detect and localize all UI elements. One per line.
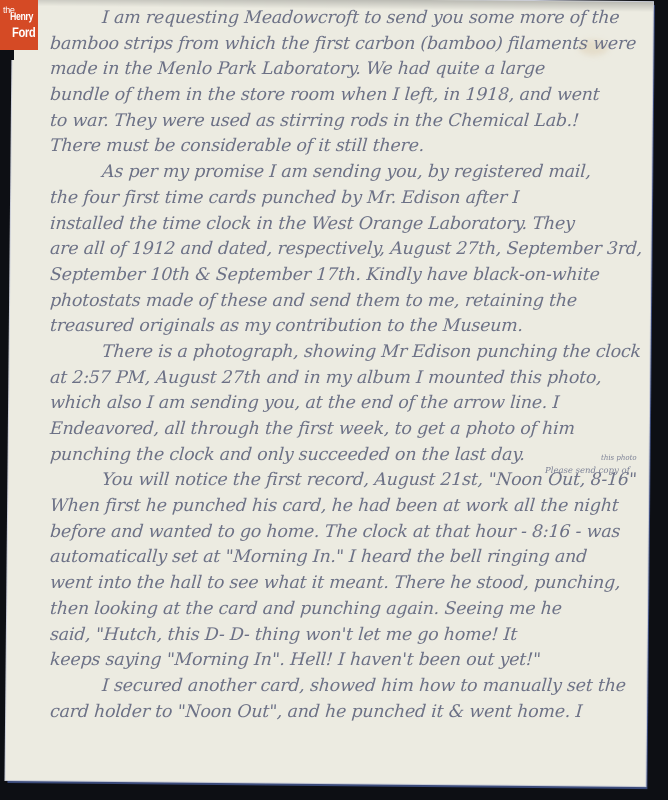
logo-text-ford: Ford bbox=[12, 25, 35, 39]
handwritten-letter-body: I am requesting Meadowcroft to send you … bbox=[50, 6, 610, 725]
letter-line: the four first time cards punched by Mr.… bbox=[49, 186, 611, 212]
letter-line: bundle of them in the store room when I … bbox=[49, 83, 611, 109]
letter-line: before and wanted to go home. The clock … bbox=[49, 520, 611, 546]
henry-ford-logo: the Henry Ford bbox=[0, 0, 38, 50]
letter-line: treasured originals as my contribution t… bbox=[49, 314, 611, 340]
letter-line: then looking at the card and punching ag… bbox=[49, 597, 611, 623]
letter-line: installed the time clock in the West Ora… bbox=[49, 212, 611, 238]
logo-shadow bbox=[0, 50, 14, 60]
letter-line: card holder to "Noon Out", and he punche… bbox=[49, 700, 611, 726]
letter-line: You will notice the first record, August… bbox=[49, 468, 611, 494]
letter-line: keeps saying "Morning In". Hell! I haven… bbox=[49, 648, 611, 674]
letter-line: to war. They were used as stirring rods … bbox=[49, 109, 611, 135]
letter-line: went into the hall to see what it meant.… bbox=[49, 571, 611, 597]
letter-line: I secured another card, showed him how t… bbox=[49, 674, 611, 700]
margin-annotation-text: Please send copy of bbox=[545, 466, 630, 476]
letter-line: punching the clock and only succeeded on… bbox=[49, 443, 611, 469]
letter-line: which also I am sending you, at the end … bbox=[49, 391, 611, 417]
letter-line: at 2:57 PM, August 27th and in my album … bbox=[49, 366, 611, 392]
letter-line: made in the Menlo Park Laboratory. We ha… bbox=[49, 57, 611, 83]
letter-line: September 10th & September 17th. Kindly … bbox=[49, 263, 611, 289]
margin-annotation-insert: this photo bbox=[601, 454, 637, 462]
letter-line: As per my promise I am sending you, by r… bbox=[49, 160, 611, 186]
letter-line: said, "Hutch, this D- D- thing won't let… bbox=[49, 623, 611, 649]
letter-line: There is a photograph, showing Mr Edison… bbox=[49, 340, 611, 366]
letter-line: are all of 1912 and dated, respectively,… bbox=[49, 237, 611, 263]
letter-line: bamboo strips from which the first carbo… bbox=[49, 32, 611, 58]
logo-text-henry: Henry bbox=[10, 12, 33, 23]
letter-line: I am requesting Meadowcroft to send you … bbox=[49, 6, 611, 32]
letter-line: photostats made of these and send them t… bbox=[49, 289, 611, 315]
letter-line: When first he punched his card, he had b… bbox=[49, 494, 611, 520]
margin-annotation: Please send copy of this photo bbox=[545, 466, 630, 476]
letter-line: Endeavored, all through the first week, … bbox=[49, 417, 611, 443]
letter-line: automatically set at "Morning In." I hea… bbox=[49, 545, 611, 571]
letter-line: There must be considerable of it still t… bbox=[49, 134, 611, 160]
